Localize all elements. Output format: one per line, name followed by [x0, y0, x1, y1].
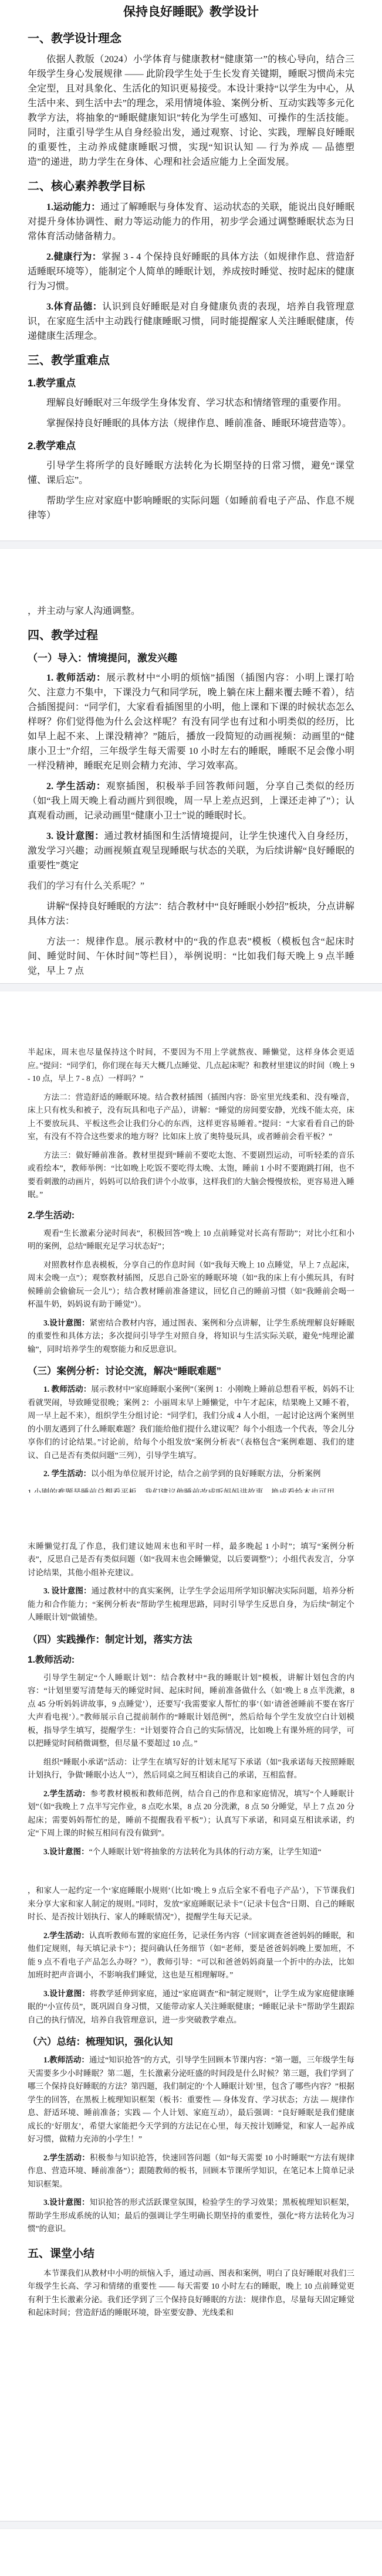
paragraph-lead: 2. 学生活动：: [46, 781, 106, 791]
paragraph: 3.设计意图：知识抢答的形式活跃课堂氛围，检验学生的学习效果；黑板梳理知识框架，…: [28, 2196, 354, 2236]
paragraph: 依据人教版（2024）小学体育与健康教材“健康第一”的核心导向，结合三年级学生身…: [28, 52, 354, 169]
page-2-content: ，并主动与家人沟通调整。四、教学过程（一）导入：情境提问，激发兴趣1. 教师活动…: [0, 604, 382, 978]
content-gap: [28, 1864, 354, 1879]
subsection-heading: （六）总结：梳理知识，强化认知: [28, 2035, 354, 2048]
paragraph: 方法一：规律作息。展示教材中的“我的作息表”模板（模板包含“起床时间、睡觉时间、…: [28, 934, 354, 978]
paragraph: 本节课我们从教材中小明的烦恼入手，通过动画、图表和案例，明白了良好睡眠对我们三年…: [28, 2267, 354, 2320]
paragraph: 观看“生长激素分泌时间表”，积极回答“晚上 10 点前睡觉对长高有帮助”；对比小…: [28, 1227, 354, 1253]
paragraph-lead: 1. 教师活动：: [43, 1385, 91, 1394]
paragraph: 讲解“保持良好睡眠的方法”：结合教材中“良好睡眠小妙招”板块，分点讲解具体方法：: [28, 899, 354, 929]
subsection-heading: 1.教学重点: [28, 376, 354, 390]
paragraph: 3.体育品德：认识到良好睡眠是对自身健康负责的表现，培养自我管理意识，在家庭生活…: [28, 300, 354, 344]
page-separator: [0, 541, 382, 549]
paragraph-lead: 3.体育品德：: [46, 302, 102, 312]
paragraph: 1. 教师活动：展示教材中“家庭睡眠小案例”（案例 1：小刚晚上睡前总想看平板，…: [28, 1383, 354, 1462]
paragraph-lead: 2.学生活动：: [43, 2153, 90, 2162]
paragraph-lead: 3.设计意图：: [43, 2198, 90, 2207]
paragraph: 2.学生活动：参考教材模板和教师范例，结合自己的作息和家庭情况，填写“个人睡眠计…: [28, 1787, 354, 1840]
paragraph: 3. 设计意图：通过教材插图和生活情境提问，让学生快速代入自身经历，激发学习兴趣…: [28, 829, 354, 873]
paragraph: 3. 设计意图：通过教材中的真实案例，让学生学会运用所学知识解决实际问题，培养分…: [28, 1585, 354, 1625]
paragraph: ，和家人一起约定一个‘家庭睡眠小规则’（比如‘晚上 9 点后全家不看电子产品’）…: [28, 1884, 354, 1924]
paragraph-lead: 2.学生活动：: [43, 1931, 89, 1940]
paragraph: 方法三：做好睡前准备。教材里提到“睡前不要吃太饱、不要剧烈运动，可听轻柔的音乐或…: [28, 1149, 354, 1202]
paragraph-lead: 1.运动能力：: [46, 202, 100, 212]
paragraph: 理解良好睡眠对三年级学生身体发育、学习状态和情绪管理的重要作用。: [28, 396, 354, 410]
section-heading: 四、教学过程: [28, 628, 354, 643]
page-1: 保持良好睡眠》教学设计一、教学设计理念依据人教版（2024）小学体育与健康教材“…: [0, 0, 382, 541]
subsection-heading: （三）案例分析：讨论交流，解决“睡眠难题”: [28, 1365, 354, 1378]
paragraph-lead: 2. 学生活动：: [43, 1469, 91, 1478]
paragraph-lead: 2.学生活动：: [43, 1789, 90, 1798]
paragraph: 2.学生活动：积极参与知识抢答，快速回答问题（如“每天需要 10 小时睡眠”“方…: [28, 2152, 354, 2191]
paragraph: 末睡懒觉打乱了作息，我们建议她周末也和平时一样，最多晚起 1 小时”；填写“案例…: [28, 1540, 354, 1580]
paragraph: 1.教师活动：通过“知识抢答”的方式，引导学生回顾本节课内容：“第一题，三年级学…: [28, 2054, 354, 2146]
document-viewer: 保持良好睡眠》教学设计一、教学设计理念依据人教版（2024）小学体育与健康教材“…: [0, 0, 382, 2576]
paragraph: 对照教材作息表模板，分享自己的作息时间（如“我每天晚上 10 点睡觉，早上 7 …: [28, 1259, 354, 1311]
paragraph: 引导学生将所学的良好睡眠方法转化为长期坚持的日常习惯，避免“课堂懂、课后忘”。: [28, 458, 354, 488]
paragraph: 1. 教师活动：展示教材中“小明的烦恼”插图（插图内容：小明上课打哈欠、注意力不…: [28, 671, 354, 773]
paragraph: 2. 学生活动：以小组为单位展开讨论，结合之前学到的良好睡眠方法，分析案例: [28, 1467, 354, 1481]
subsection-heading: （一）导入：情境提问，激发兴趣: [28, 651, 354, 665]
paragraph: 组织“睡眠小承诺”活动：让学生在填写好的计划末尾写下承诺（如“我承诺每天按照睡眠…: [28, 1756, 354, 1782]
paragraph-lead: 1.教师活动：: [43, 2055, 89, 2064]
clipped-text-line: 1 小刚的难题是睡前总想看平板，我们建议他睡前改成听妈妈讲故事，换成看绘本也可用: [28, 1486, 354, 1493]
subsection-heading: 2.教学难点: [28, 439, 354, 453]
paragraph: ，并主动与家人沟通调整。: [28, 604, 354, 618]
paragraph: 2.健康行为：掌握 3 - 4 个保持良好睡眠的具体方法（如规律作息、营造舒适睡…: [28, 250, 354, 294]
paragraph: 3.设计意图：将教学延伸到家庭，通过“家庭调查”和“制定规则”，让学生成为家庭健…: [28, 1987, 354, 2027]
paragraph: 帮助学生应对家庭中影响睡眠的实际问题（如睡前看电子产品、作息不规律等）: [28, 494, 354, 523]
paragraph: 方法二：营造舒适的睡眠环境。结合教材插图（插图内容：卧室里光线柔和、没有噪音，床…: [28, 1091, 354, 1144]
paragraph-lead: 3. 设计意图：: [46, 831, 104, 841]
paragraph: 3.设计意图：紧密结合教材内容，通过图表、案例和分点讲解，让学生系统理解良好睡眠…: [28, 1317, 354, 1357]
section-heading: 二、核心素养教学目标: [28, 179, 354, 194]
paragraph: 半起床，周末也尽量保持这个时间，不要因为不用上学就熬夜、睡懒觉，这样身体会更适应…: [28, 1046, 354, 1086]
paragraph: 引导学生制定“个人睡眠计划”：结合教材中“我的睡眠计划”模板，讲解计划包含的内容…: [28, 1671, 354, 1751]
paragraph-lead: 3.设计意图：: [43, 1318, 90, 1327]
paragraph: 2. 学生活动：观察插图，积极举手回答教师问题，分享自己类似的经历（如“我上周天…: [28, 779, 354, 823]
section-heading: 三、教学重难点: [28, 353, 354, 368]
paragraph: 3.设计意图：“个人睡眠计划”将抽象的方法转化为具体的行动方案，让学生知道“: [28, 1846, 354, 1859]
paragraph-lead: 3.设计意图：: [43, 1847, 89, 1856]
paragraph-lead: 1. 教师活动：: [46, 673, 106, 683]
paragraph-lead: 3.设计意图：: [43, 1989, 90, 1998]
activity-heading: 1.教师活动:: [28, 1654, 354, 1666]
paragraph-lead: 2.健康行为：: [46, 252, 102, 262]
section-heading: 一、教学设计理念: [28, 31, 354, 46]
content-gap: [28, 1493, 354, 1535]
paragraph-lead: 3. 设计意图：: [43, 1586, 92, 1595]
page-3-content: 半起床，周末也尽量保持这个时间，不要因为不用上学就熬夜、睡懒觉，这样身体会更适应…: [0, 1046, 382, 2320]
subsection-heading: （四）实践操作：制定计划，落实方法: [28, 1633, 354, 1646]
paragraph: 1.运动能力：通过了解睡眠与身体发育、运动状态的关联，能说出良好睡眠对提升身体协…: [28, 200, 354, 244]
activity-heading: 2.学生活动:: [28, 1209, 354, 1222]
paragraph: 掌握保持良好睡眠的具体方法（规律作息、睡前准备、睡眠环境营造等）。: [28, 416, 354, 431]
page-2: ，并主动与家人沟通调整。四、教学过程（一）导入：情境提问，激发兴趣1. 教师活动…: [0, 549, 382, 983]
page-1-content: 保持良好睡眠》教学设计一、教学设计理念依据人教版（2024）小学体育与健康教材“…: [0, 3, 382, 523]
section-heading: 五、课堂小结: [28, 2247, 354, 2261]
paragraph: 我们的学习有什么关系呢？”: [28, 879, 354, 893]
page-4: [0, 2529, 382, 2576]
page-separator: [0, 983, 382, 991]
paragraph: 2.学生活动：认真听教师布置的家庭任务，记录任务内容（“回家调查爸爸妈妈的睡眠，…: [28, 1929, 354, 1982]
page-separator: [0, 2521, 382, 2529]
document-title: 保持良好睡眠》教学设计: [28, 3, 354, 22]
page-3: 半起床，周末也尽量保持这个时间，不要因为不用上学就熬夜、睡懒觉，这样身体会更适应…: [0, 991, 382, 2521]
